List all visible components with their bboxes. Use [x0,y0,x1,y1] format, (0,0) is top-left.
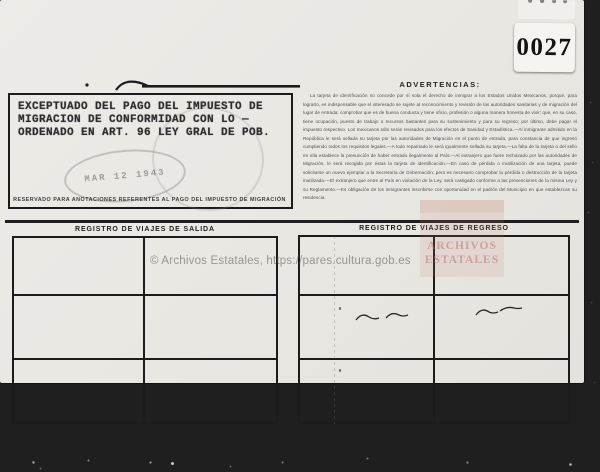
stamp-text: ARCHIVOS ESTATALES [420,240,504,267]
archive-watermark-text: © Archivos Estatales, https://pares.cult… [150,255,411,267]
scanned-document-view: { "archive_labels": { "current": "0027" … [0,0,600,472]
digit-bottom-mark [563,0,567,3]
pen-squiggle-marks [0,0,600,472]
stamp-line-2: ESTATALES [420,254,504,268]
digit-bottom-mark [552,0,556,3]
archive-number: 0027 [516,33,572,61]
digit-bottom-mark [540,0,544,3]
archive-number-label: 0027 [514,23,575,73]
archivos-estatales-stamp: ARCHIVOS ESTATALES [420,200,504,277]
stamp-top-band [420,200,504,213]
digit-bottom-mark [528,0,532,3]
stamp-line-1: ARCHIVOS [420,240,504,254]
torn-label-remnant [518,0,575,19]
